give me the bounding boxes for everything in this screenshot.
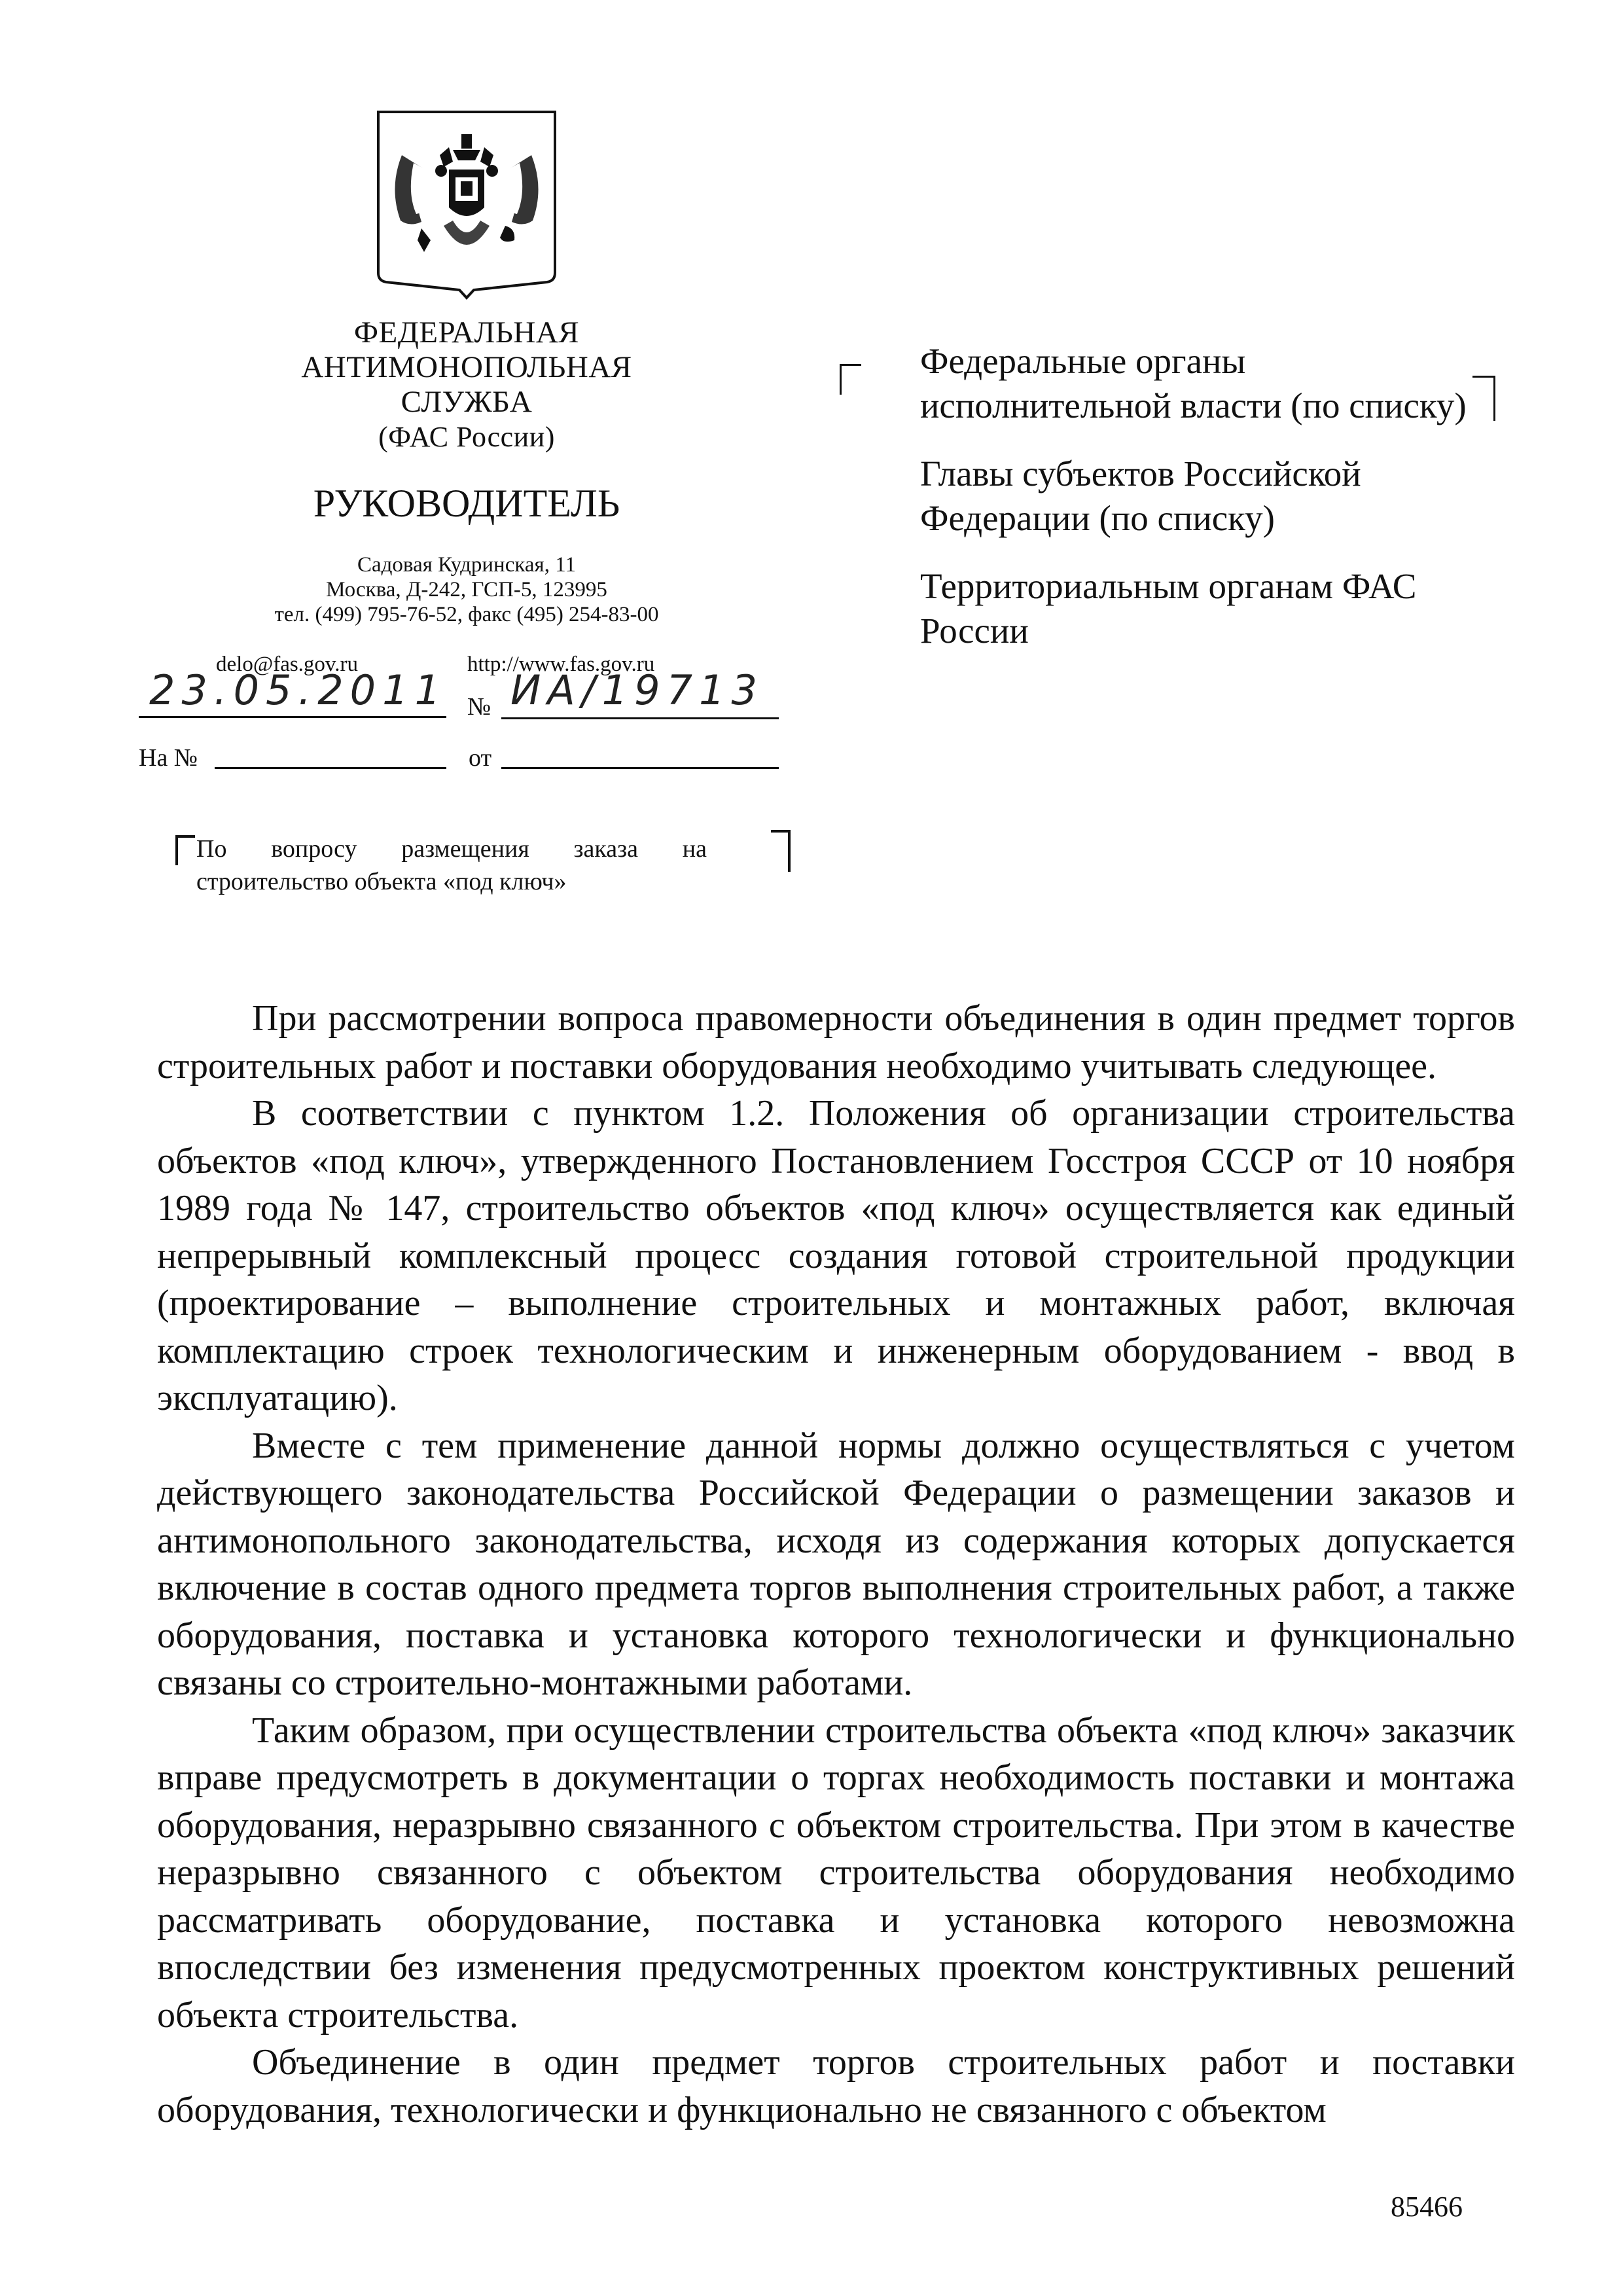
from-label: от: [469, 744, 491, 772]
body-paragraph: Вместе с тем применение данной нормы дол…: [157, 1422, 1515, 1707]
number-underline: [501, 717, 779, 719]
org-line: АНТИМОНОПОЛЬНАЯ: [262, 350, 671, 385]
letter-subject: По вопросу размещения заказа на строител…: [196, 833, 707, 898]
address-line: Садовая Кудринская, 11: [262, 552, 671, 577]
eagle-icon: [376, 109, 558, 300]
org-line: СЛУЖБА: [262, 385, 671, 420]
page-code: 85466: [1391, 2190, 1463, 2223]
body-paragraph: Таким образом, при осуществлении строите…: [157, 1707, 1515, 2039]
handwritten-number: ИА/19713: [510, 666, 764, 714]
organization-name: ФЕДЕРАЛЬНАЯ АНТИМОНОПОЛЬНАЯ СЛУЖБА (ФАС …: [262, 315, 671, 454]
signatory-role: РУКОВОДИТЕЛЬ: [262, 482, 671, 525]
recipient: Территориальным органам ФАС России: [920, 564, 1457, 653]
number-label: №: [467, 692, 491, 721]
date-underline: [139, 716, 446, 718]
reply-to-label: На №: [139, 744, 198, 772]
subject-bracket-left: [175, 835, 195, 865]
recipient-bracket-left: [840, 364, 861, 395]
body-paragraph: При рассмотрении вопроса правомерности о…: [157, 995, 1515, 1090]
letter-body: При рассмотрении вопроса правомерности о…: [157, 995, 1515, 2134]
coat-of-arms-emblem: [376, 109, 558, 299]
address-line: Москва, Д-242, ГСП-5, 123995: [262, 577, 671, 602]
recipient: Главы субъектов Российской Федерации (по…: [920, 452, 1418, 541]
phone-fax-line: тел. (499) 795-76-52, факс (495) 254-83-…: [262, 602, 671, 627]
handwritten-date: 23.05.2011: [149, 666, 447, 714]
subject-bracket-right: [771, 830, 791, 872]
reply-to-field: [215, 767, 446, 769]
body-paragraph: В соответствии с пунктом 1.2. Положения …: [157, 1090, 1515, 1422]
recipient: Федеральные органы исполнительной власти…: [920, 339, 1483, 428]
org-abbreviation: (ФАС России): [262, 420, 671, 454]
org-line: ФЕДЕРАЛЬНАЯ: [262, 315, 671, 350]
body-paragraph: Объединение в один предмет торгов строит…: [157, 2039, 1515, 2134]
from-field: [501, 767, 779, 769]
address-block: Садовая Кудринская, 11 Москва, Д-242, ГС…: [262, 552, 671, 627]
recipients-block: Федеральные органы исполнительной власти…: [920, 339, 1509, 677]
